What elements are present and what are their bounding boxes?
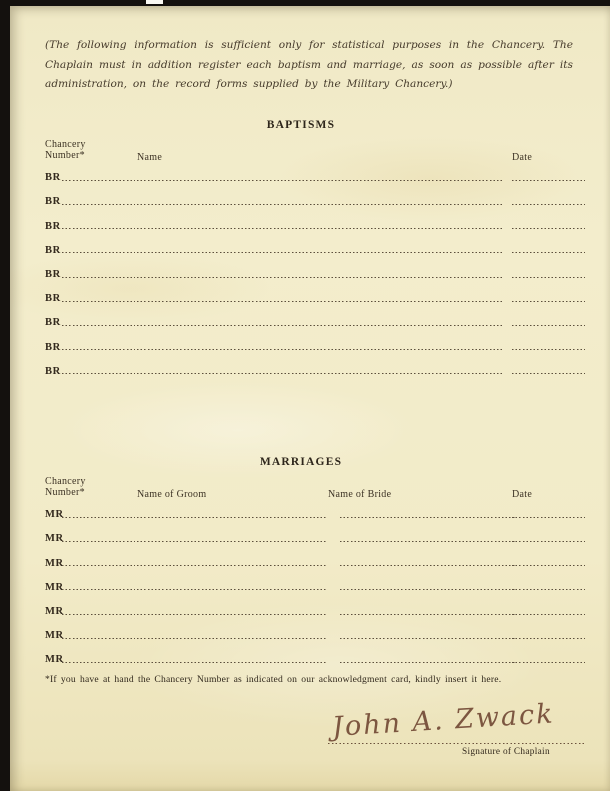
marriage-bride-name-field (340, 589, 515, 591)
baptisms-rows: BR BR BR BR BR (10, 161, 592, 379)
marriage-date-field (512, 516, 585, 518)
baptism-date-field (512, 324, 585, 326)
marriage-row-prefix: MR (45, 606, 64, 617)
marriage-chancery-number-field (62, 589, 135, 591)
marriage-row: MR (10, 522, 592, 546)
signature-label: Signature of Chaplain (462, 747, 550, 757)
marriage-bride-name-field (340, 613, 515, 615)
baptism-chancery-number-field (62, 300, 135, 302)
baptism-row: BR (10, 161, 592, 185)
marriage-groom-name-field (137, 613, 328, 615)
marriage-date-field (512, 637, 585, 639)
baptism-name-field (137, 228, 502, 230)
baptism-name-field (137, 276, 502, 278)
baptism-date-field (512, 349, 585, 351)
signature-line (328, 743, 584, 745)
baptism-date-field (512, 300, 585, 302)
baptism-name-field (137, 324, 502, 326)
marriage-date-field (512, 589, 585, 591)
baptism-chancery-number-field (62, 179, 135, 181)
baptism-row-prefix: BR (45, 221, 61, 232)
marriage-bride-name-field (340, 516, 515, 518)
intro-note: (The following information is sufficient… (45, 36, 573, 95)
baptism-row: BR (10, 306, 592, 330)
baptism-date-field (512, 252, 585, 254)
marriage-row-prefix: MR (45, 654, 64, 665)
baptism-name-field (137, 203, 502, 205)
marriage-date-field (512, 661, 585, 663)
scan-edge-notch (146, 0, 163, 4)
baptism-chancery-number-field (62, 324, 135, 326)
baptism-row-prefix: BR (45, 366, 61, 377)
marriage-row: MR (10, 571, 592, 595)
baptism-chancery-number-field (62, 276, 135, 278)
baptism-date-field (512, 276, 585, 278)
baptism-date-field (512, 179, 585, 181)
baptism-row: BR (10, 234, 592, 258)
marriage-row-prefix: MR (45, 509, 64, 520)
baptism-chancery-number-field (62, 203, 135, 205)
marriage-bride-name-field (340, 661, 515, 663)
baptism-name-field (137, 373, 502, 375)
marriage-date-field (512, 540, 585, 542)
baptism-row-prefix: BR (45, 172, 61, 183)
marriages-col-chancery-line1: Chancery (45, 476, 86, 487)
baptism-name-field (137, 179, 502, 181)
baptisms-section-title: BAPTISMS (10, 119, 592, 131)
marriage-row: MR (10, 595, 592, 619)
marriage-groom-name-field (137, 540, 328, 542)
chancery-number-footnote: *If you have at hand the Chancery Number… (45, 674, 565, 685)
marriage-chancery-number-field (62, 637, 135, 639)
baptism-row: BR (10, 209, 592, 233)
scanned-document-page: { "page": { "intro_note": "(The followin… (0, 0, 610, 791)
baptisms-col-chancery-line2: Number* (45, 150, 85, 161)
baptism-name-field (137, 252, 502, 254)
marriage-row: MR (10, 498, 592, 522)
baptism-row-prefix: BR (45, 317, 61, 328)
marriage-row-prefix: MR (45, 630, 64, 641)
marriage-chancery-number-field (62, 661, 135, 663)
baptism-date-field (512, 203, 585, 205)
marriage-chancery-number-field (62, 540, 135, 542)
baptism-name-field (137, 349, 502, 351)
marriage-row: MR (10, 619, 592, 643)
baptism-row: BR (10, 282, 592, 306)
marriage-chancery-number-field (62, 516, 135, 518)
baptism-chancery-number-field (62, 252, 135, 254)
chaplain-signature-handwriting: John A. Zwack (331, 696, 592, 743)
marriage-groom-name-field (137, 637, 328, 639)
marriage-bride-name-field (340, 637, 515, 639)
baptism-row-prefix: BR (45, 269, 61, 280)
form-paper: (The following information is sufficient… (10, 6, 610, 791)
baptism-row: BR (10, 330, 592, 354)
marriages-rows: MR MR MR MR (10, 498, 592, 667)
baptism-chancery-number-field (62, 349, 135, 351)
baptism-chancery-number-field (62, 373, 135, 375)
marriage-row: MR (10, 643, 592, 667)
baptism-row-prefix: BR (45, 342, 61, 353)
marriage-bride-name-field (340, 565, 515, 567)
marriage-groom-name-field (137, 565, 328, 567)
marriage-groom-name-field (137, 516, 328, 518)
marriage-groom-name-field (137, 589, 328, 591)
marriage-row-prefix: MR (45, 558, 64, 569)
marriage-groom-name-field (137, 661, 328, 663)
marriages-col-chancery-line2: Number* (45, 487, 85, 498)
baptism-row-prefix: BR (45, 196, 61, 207)
marriage-chancery-number-field (62, 565, 135, 567)
baptism-chancery-number-field (62, 228, 135, 230)
baptism-row: BR (10, 185, 592, 209)
marriage-bride-name-field (340, 540, 515, 542)
marriage-chancery-number-field (62, 613, 135, 615)
baptism-row-prefix: BR (45, 245, 61, 256)
baptism-date-field (512, 228, 585, 230)
baptism-name-field (137, 300, 502, 302)
marriage-row: MR (10, 546, 592, 570)
marriage-row-prefix: MR (45, 533, 64, 544)
baptism-row: BR (10, 355, 592, 379)
baptisms-col-chancery-line1: Chancery (45, 139, 86, 150)
marriage-date-field (512, 565, 585, 567)
baptism-row-prefix: BR (45, 293, 61, 304)
baptism-date-field (512, 373, 585, 375)
marriage-row-prefix: MR (45, 582, 64, 593)
baptism-row: BR (10, 258, 592, 282)
marriages-section-title: MARRIAGES (10, 456, 592, 468)
marriage-date-field (512, 613, 585, 615)
